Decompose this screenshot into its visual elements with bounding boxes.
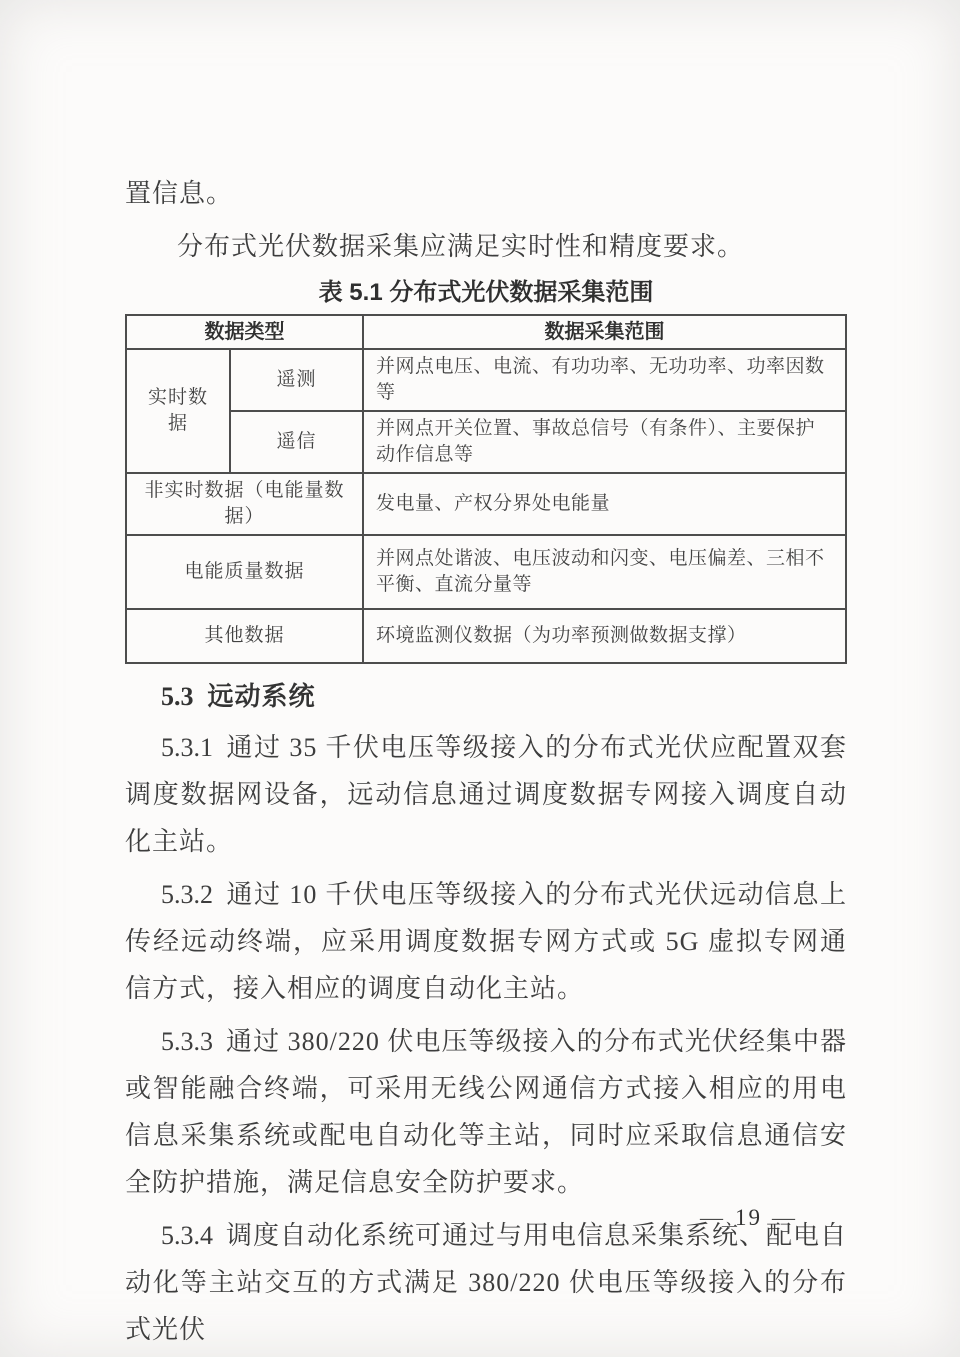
- row-realtime-telemetry: 实时数据 遥测 并网点电压、电流、有功功率、无功功率、功率因数等: [126, 349, 846, 411]
- paragraph-continuation: 置信息。: [125, 170, 847, 217]
- cell-other-data-label: 其他数据: [126, 609, 363, 663]
- cell-telesignal-scope: 并网点开关位置、事故总信号（有条件）、主要保护动作信息等: [363, 411, 846, 473]
- cell-other-data-scope: 环境监测仪数据（为功率预测做数据支撑）: [363, 609, 846, 663]
- page-number-value: 19: [735, 1205, 762, 1230]
- cell-realtime-data: 实时数据: [126, 349, 230, 473]
- cell-telemetry-scope: 并网点电压、电流、有功功率、无功功率、功率因数等: [363, 349, 846, 411]
- row-non-realtime: 非实时数据（电能量数据） 发电量、产权分界处电能量: [126, 473, 846, 535]
- clause-text: 通过 380/220 伏电压等级接入的分布式光伏经集中器或智能融合终端，可采用无…: [125, 1027, 847, 1197]
- cell-non-realtime-scope: 发电量、产权分界处电能量: [363, 473, 846, 535]
- clause-number: 5.3.2: [161, 880, 213, 909]
- table-caption: 表 5.1 分布式光伏数据采集范围: [125, 276, 847, 310]
- row-power-quality: 电能质量数据 并网点处谐波、电压波动和闪变、电压偏差、三相不平衡、直流分量等: [126, 535, 846, 609]
- page-number-dash-right: —: [772, 1205, 797, 1230]
- clause-number: 5.3.3: [161, 1027, 213, 1056]
- clause-number: 5.3.1: [161, 733, 213, 762]
- clause-number: 5.3.4: [161, 1221, 213, 1250]
- table-header-row: 数据类型 数据采集范围: [126, 315, 846, 349]
- clause-text: 调度自动化系统可通过与用电信息采集系统、配电自动化等主站交互的方式满足 380/…: [125, 1221, 847, 1344]
- row-telesignal: 遥信 并网点开关位置、事故总信号（有条件）、主要保护动作信息等: [126, 411, 846, 473]
- cell-telemetry-label: 遥测: [230, 349, 363, 411]
- clause-text: 通过 10 千伏电压等级接入的分布式光伏远动信息上传经远动终端，应采用调度数据专…: [125, 880, 847, 1003]
- clause-5-3-1: 5.3.1通过 35 千伏电压等级接入的分布式光伏应配置双套调度数据网设备，远动…: [125, 724, 847, 865]
- header-data-type: 数据类型: [126, 315, 363, 349]
- page-number-dash-left: —: [700, 1205, 725, 1230]
- clause-text: 通过 35 千伏电压等级接入的分布式光伏应配置双套调度数据网设备，远动信息通过调…: [125, 733, 847, 856]
- page-number: —19—: [690, 1205, 807, 1231]
- section-heading: 5.3远动系统: [125, 678, 847, 716]
- cell-non-realtime-label: 非实时数据（电能量数据）: [126, 473, 363, 535]
- section-title: 远动系统: [208, 682, 316, 711]
- cell-telesignal-label: 遥信: [230, 411, 363, 473]
- header-collection-scope: 数据采集范围: [363, 315, 846, 349]
- data-collection-table: 数据类型 数据采集范围 实时数据 遥测 并网点电压、电流、有功功率、无功功率、功…: [125, 314, 847, 664]
- document-page: 置信息。 分布式光伏数据采集应满足实时性和精度要求。 表 5.1 分布式光伏数据…: [0, 0, 960, 1357]
- clause-5-3-2: 5.3.2通过 10 千伏电压等级接入的分布式光伏远动信息上传经远动终端，应采用…: [125, 871, 847, 1012]
- cell-power-quality-label: 电能质量数据: [126, 535, 363, 609]
- row-other-data: 其他数据 环境监测仪数据（为功率预测做数据支撑）: [126, 609, 846, 663]
- cell-power-quality-scope: 并网点处谐波、电压波动和闪变、电压偏差、三相不平衡、直流分量等: [363, 535, 846, 609]
- section-number: 5.3: [161, 682, 194, 711]
- clause-5-3-4: 5.3.4调度自动化系统可通过与用电信息采集系统、配电自动化等主站交互的方式满足…: [125, 1212, 847, 1353]
- clause-5-3-3: 5.3.3通过 380/220 伏电压等级接入的分布式光伏经集中器或智能融合终端…: [125, 1018, 847, 1206]
- paragraph-intro: 分布式光伏数据采集应满足实时性和精度要求。: [125, 223, 847, 270]
